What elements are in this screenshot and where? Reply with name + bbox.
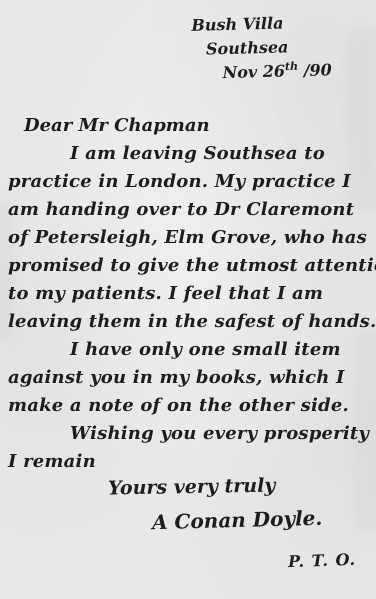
body-line: make a note of on the other side. <box>8 392 376 420</box>
body-line: I am leaving Southsea to <box>8 140 376 168</box>
pto-note: P. T. O. <box>288 550 357 571</box>
body-line: against you in my books, which I <box>8 364 376 392</box>
date-day: Nov 26 <box>222 61 285 82</box>
body-line: to my patients. I feel that I am <box>8 280 376 308</box>
valediction: Yours very truly <box>108 475 276 500</box>
body-line: am handing over to Dr Claremont <box>8 196 376 224</box>
body-line: I have only one small item <box>8 336 376 364</box>
salutation: Dear Mr Chapman <box>24 115 210 136</box>
letter-page: Bush Villa Southsea Nov 26th /90 Dear Mr… <box>0 0 376 599</box>
letter-heading: Bush Villa Southsea Nov 26th /90 <box>0 9 376 91</box>
letter-body: I am leaving Southsea to practice in Lon… <box>8 140 376 476</box>
body-line: promised to give the utmost attention <box>8 252 376 280</box>
signature: A Conan Doyle. <box>152 506 323 534</box>
body-line: I remain <box>8 448 376 476</box>
body-line: of Petersleigh, Elm Grove, who has <box>8 224 376 252</box>
date-line: Nov 26th /90 <box>222 57 376 85</box>
body-line: practice in London. My practice I <box>8 168 376 196</box>
body-line: Wishing you every prosperity <box>8 420 376 448</box>
date-year: /90 <box>303 60 332 80</box>
date-ordinal: th <box>285 60 298 73</box>
body-line: leaving them in the safest of hands. <box>8 308 376 336</box>
